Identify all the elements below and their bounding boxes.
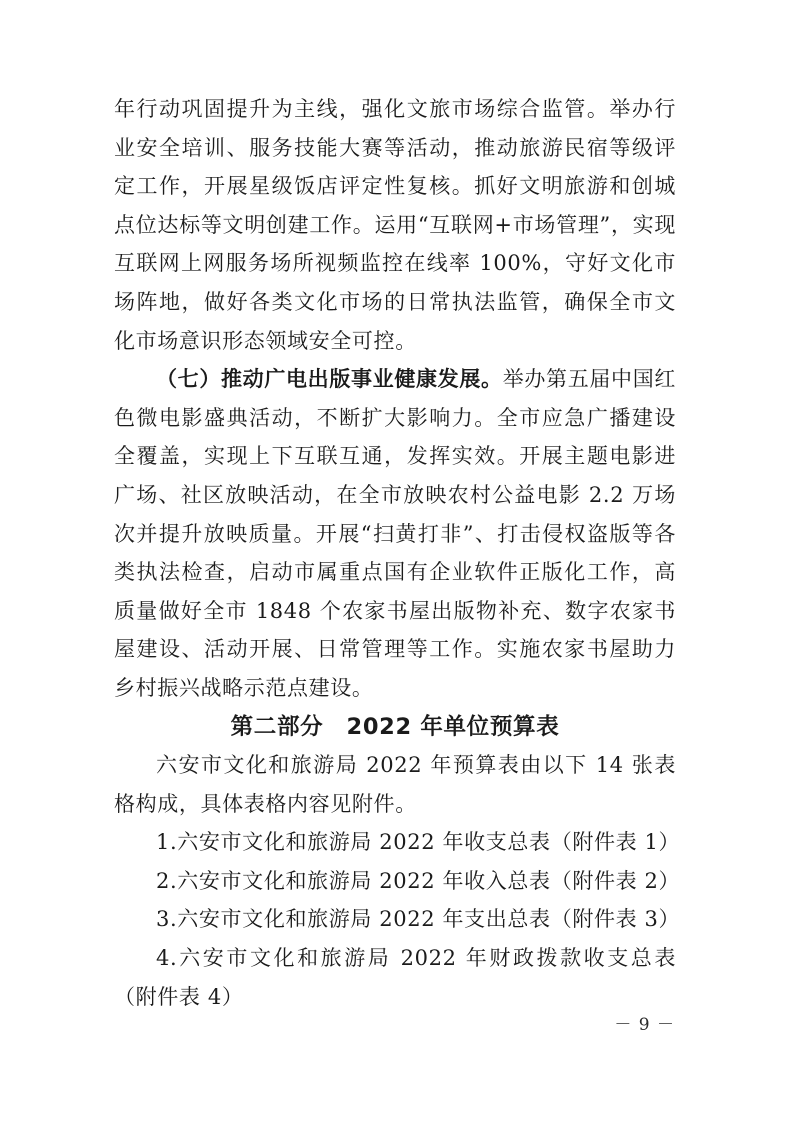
page-content: 年行动巩固提升为主线，强化文旅市场综合监管。举办行业安全培训、服务技能大赛等活动… — [114, 90, 676, 1016]
attachment-list-item-1: 1.六安市文化和旅游局 2022 年收支总表（附件表 1） — [114, 823, 676, 862]
section-heading-part2: 第二部分 2022 年单位预算表 — [114, 708, 676, 747]
attachment-list-item-2: 2.六安市文化和旅游局 2022 年收入总表（附件表 2） — [114, 862, 676, 901]
paragraph-body-text: 举办第五届中国红色微电影盛典活动，不断扩大影响力。全市应急广播建设全覆盖，实现上… — [114, 367, 676, 700]
body-paragraph-continuation: 年行动巩固提升为主线，强化文旅市场综合监管。举办行业安全培训、服务技能大赛等活动… — [114, 90, 676, 360]
document-page: 年行动巩固提升为主线，强化文旅市场综合监管。举办行业安全培训、服务技能大赛等活动… — [0, 0, 793, 1122]
paragraph-lead-bold: （七）推动广电出版事业健康发展。 — [156, 366, 503, 391]
attachment-list-item-4: 4.六安市文化和旅游局 2022 年财政拨款收支总表（附件表 4） — [114, 939, 676, 1016]
attachment-list-item-3: 3.六安市文化和旅游局 2022 年支出总表（附件表 3） — [114, 900, 676, 939]
page-number: － 9 － — [614, 1013, 675, 1037]
body-paragraph-tables-intro: 六安市文化和旅游局 2022 年预算表由以下 14 张表格构成，具体表格内容见附… — [114, 746, 676, 823]
body-paragraph-section7: （七）推动广电出版事业健康发展。举办第五届中国红色微电影盛典活动，不断扩大影响力… — [114, 360, 676, 707]
